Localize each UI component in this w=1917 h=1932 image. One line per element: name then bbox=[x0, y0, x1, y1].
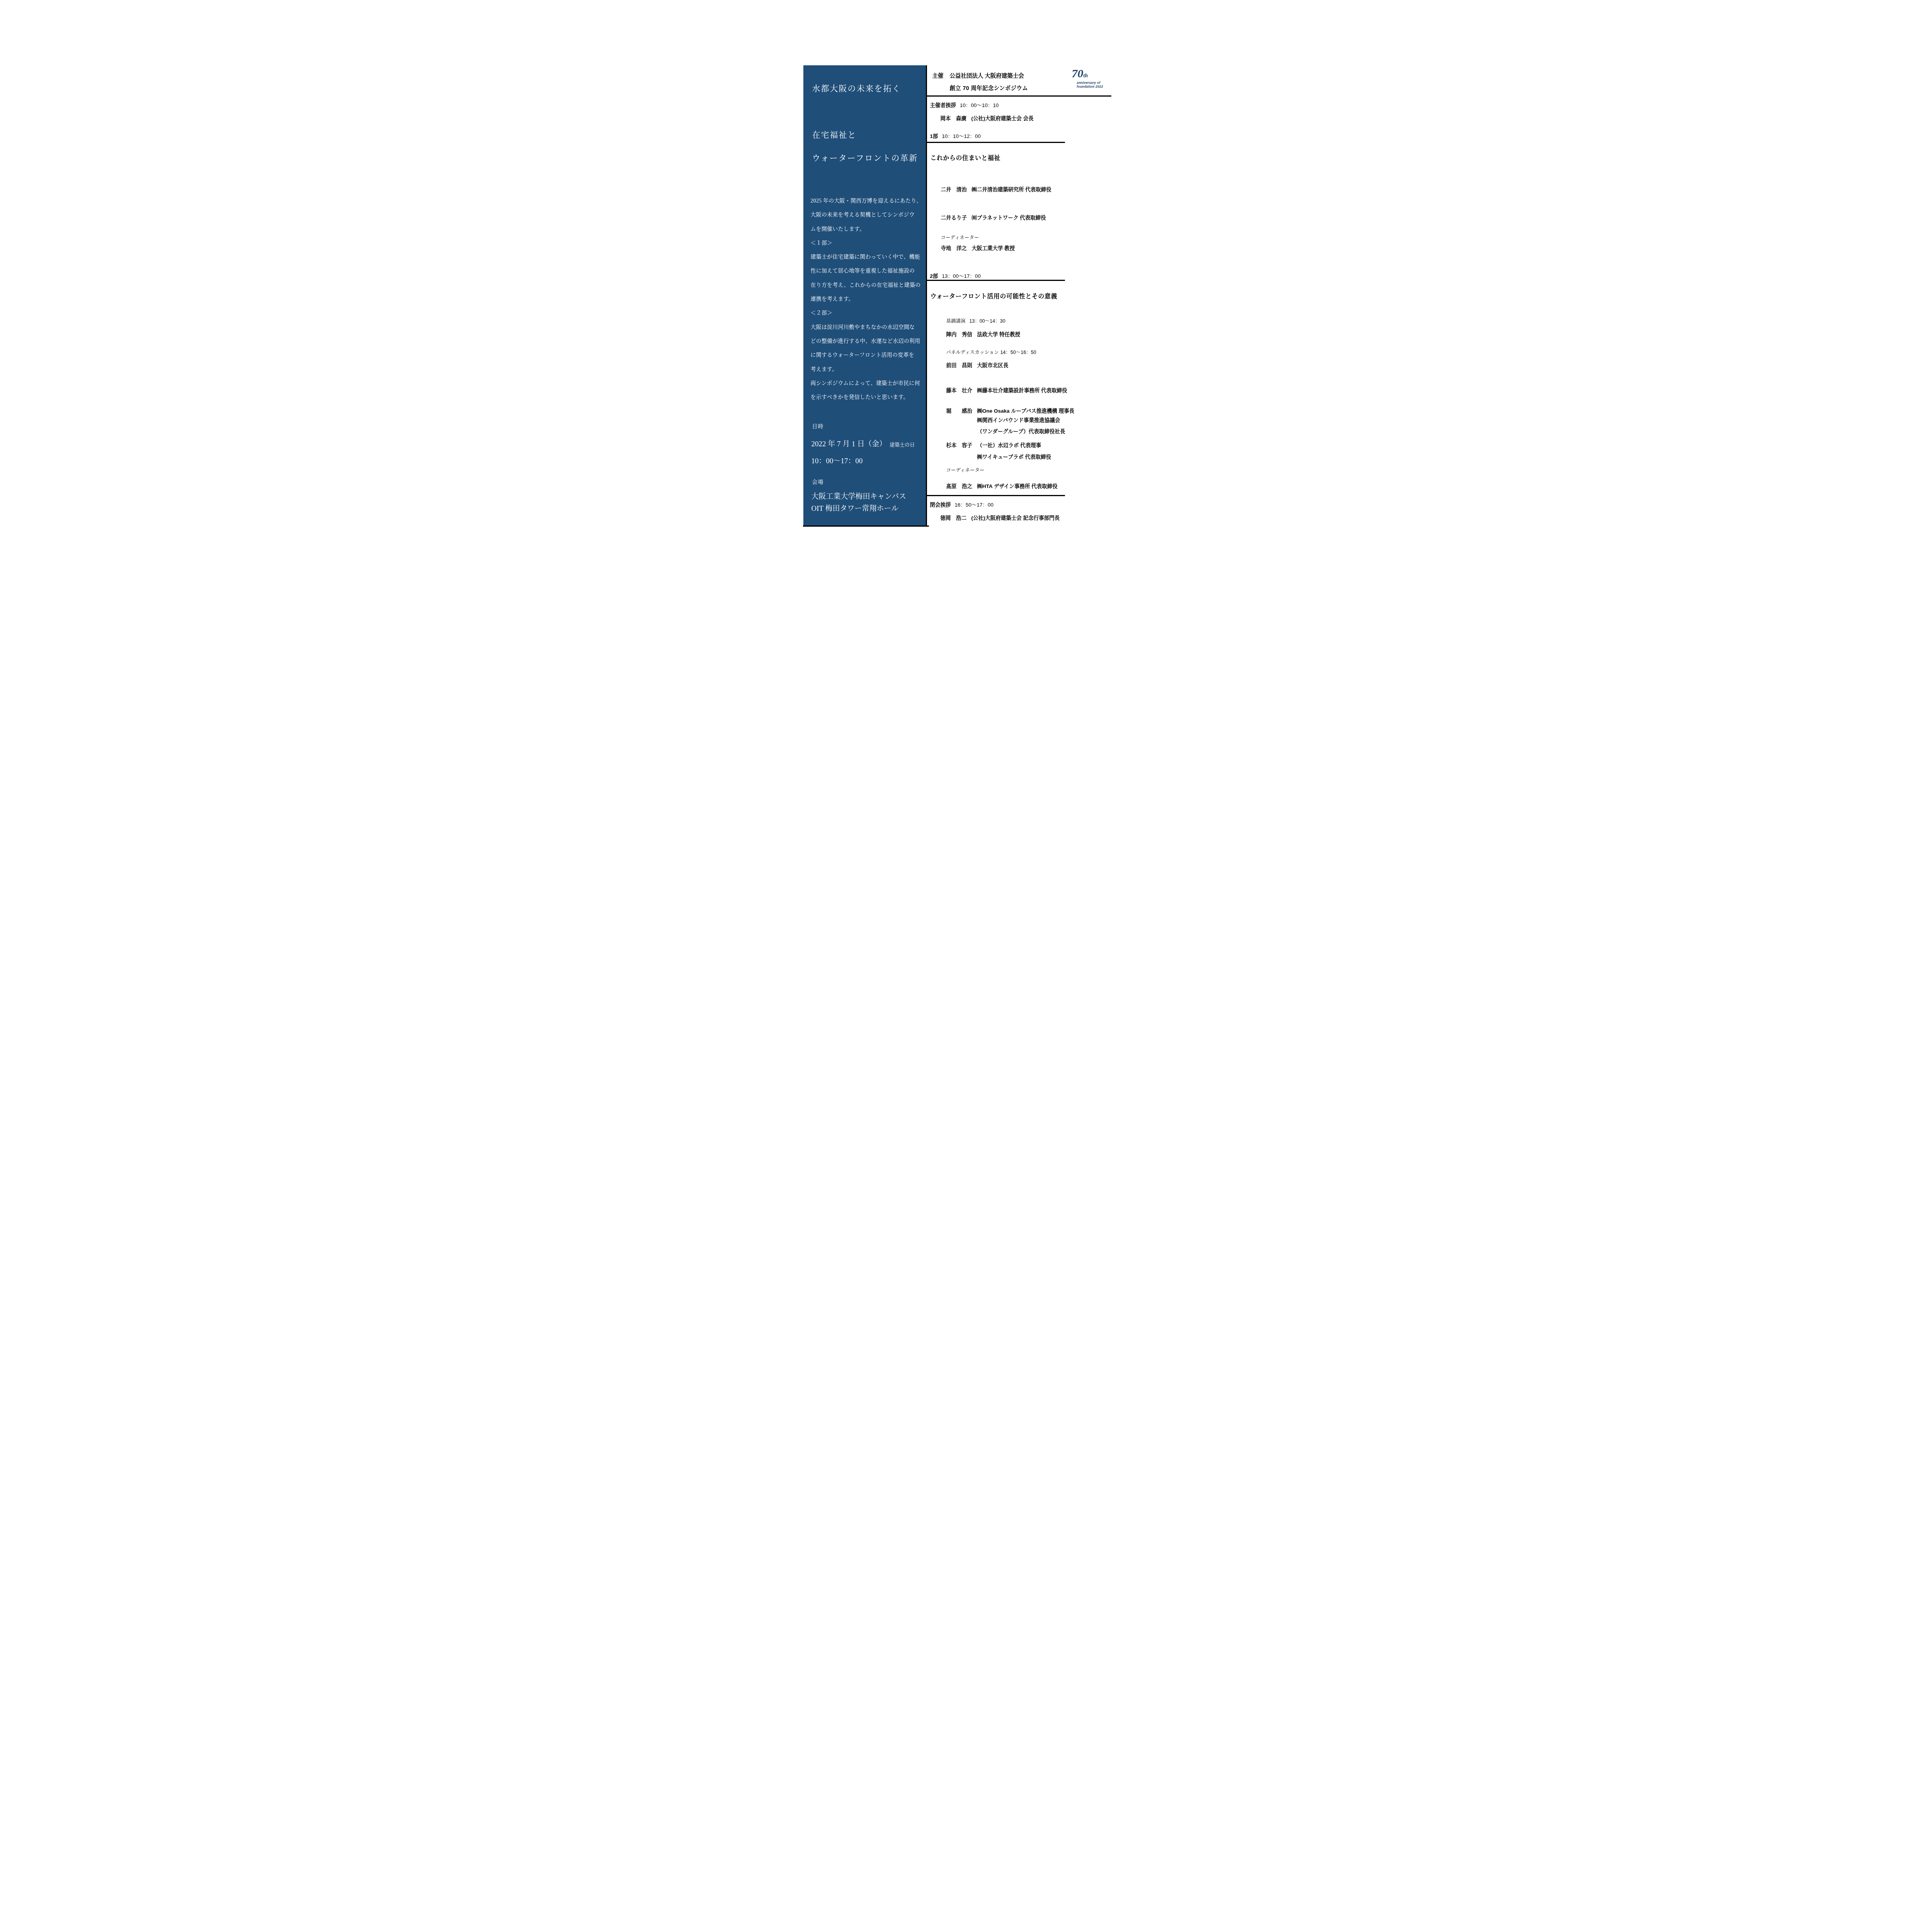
intro-line: 両シンポジウムによって、建築士が市民に何 bbox=[811, 377, 924, 391]
part2-section-row: 2部13：00～17：00 bbox=[930, 272, 981, 279]
closing-section-row: 閉会挨拶16：50～17：00 bbox=[930, 500, 994, 508]
venue-label: 会場 bbox=[812, 478, 824, 486]
vertical-divider bbox=[926, 65, 927, 527]
opening-time: 10：00～10：10 bbox=[960, 102, 999, 108]
coordinator-affiliation: ㈱HTA デザイン事務所 代表取締役 bbox=[977, 483, 1058, 489]
intro-line: 連携を考えます。 bbox=[811, 293, 924, 306]
part1-label: 1部 bbox=[930, 133, 938, 139]
venue-line-2: OIT 梅田タワー常翔ホール bbox=[811, 503, 899, 513]
rule-below-part2-header bbox=[926, 280, 1065, 281]
intro-line: 性に加えて居心地等を重視した福祉施設の bbox=[811, 264, 924, 278]
left-panel: 水都大阪の未来を拓く 在宅福祉と ウォーターフロントの革新 2025 年の大阪・… bbox=[803, 65, 926, 526]
opening-section-row: 主催者挨拶10：00～10：10 bbox=[930, 101, 999, 109]
intro-line: 大阪の未来を考える契機としてシンポジウ bbox=[811, 208, 924, 222]
panelist-affiliations: ㈱One Osaka ループバス推進機構 理事長 ㈱関西インバウンド事業推進協議… bbox=[977, 406, 1075, 435]
panel-time: 14：50～16：50 bbox=[1000, 350, 1036, 355]
intro-line: に関するウォーターフロント活用の変革を bbox=[811, 349, 924, 362]
speaker-name: 二井るり子 bbox=[941, 213, 972, 221]
panelist2-row: 藤本 壮介㈱藤本壮介建築設計事務所 代表取締役 bbox=[946, 386, 1067, 394]
panelist-affiliation: ㈱ワイキューブラボ 代表取締役 bbox=[977, 452, 1051, 460]
intro-line: 在り方を考え、これからの在宅福祉と建築の bbox=[811, 279, 924, 293]
panelist3-row: 堀 感治 ㈱One Osaka ループバス推進機構 理事長 ㈱関西インバウンド事… bbox=[946, 406, 1075, 435]
panelist-affiliation: 大阪市北区長 bbox=[977, 362, 1009, 368]
panel-bottom-border bbox=[803, 526, 929, 527]
intro-line: どの整備が進行する中、水運など水辺の利用 bbox=[811, 335, 924, 349]
flyer-page: 水都大阪の未来を拓く 在宅福祉と ウォーターフロントの革新 2025 年の大阪・… bbox=[746, 0, 1172, 602]
speaker-affiliation: ㈲プラネットワーク 代表取締役 bbox=[972, 215, 1046, 221]
keynote-speaker-row: 陣内 秀信法政大学 特任教授 bbox=[946, 330, 1021, 338]
panelist-affiliation: ㈱藤本壮介建築設計事務所 代表取締役 bbox=[977, 388, 1067, 393]
organizer-name: 公益社団法人 大阪府建築士会 bbox=[950, 73, 1024, 79]
part1-coordinator-label: コーディネーター bbox=[941, 234, 979, 241]
organizer-line: 主催公益社団法人 大阪府建築士会 bbox=[932, 71, 1024, 80]
opening-speaker-row: 岡本 森廣(公社)大阪府建築士会 会長 bbox=[941, 114, 1034, 122]
panelist-affiliation: （ワンダーグループ）代表取締役社長 bbox=[977, 427, 1075, 435]
closing-speaker-row: 徳岡 浩二(公社)大阪府建築士会 記念行事部門長 bbox=[941, 514, 1060, 521]
logo-line-1: anniversary of bbox=[1077, 81, 1112, 85]
part2-coordinator-row: 髙原 浩之㈱HTA デザイン事務所 代表取締役 bbox=[946, 482, 1058, 490]
main-title-line-2: 在宅福祉と bbox=[812, 129, 857, 140]
event-date-main: 2022 年 7 月 1 日（金） bbox=[811, 440, 887, 448]
part1-coordinator-row: 寺地 洋之大阪工業大学 教授 bbox=[941, 244, 1015, 252]
speaker-affiliation: (公社)大阪府建築士会 記念行事部門長 bbox=[971, 515, 1060, 521]
panelist-affiliations: （一社）水辺ラボ 代表理事 ㈱ワイキューブラボ 代表取締役 bbox=[977, 441, 1051, 460]
logo-line-2: foundation 2022 bbox=[1077, 85, 1112, 88]
rule-below-header bbox=[926, 95, 1111, 97]
intro-line: ＜１部＞ bbox=[811, 236, 924, 250]
part2-label: 2部 bbox=[930, 273, 938, 279]
intro-line: ＜２部＞ bbox=[811, 306, 924, 320]
panelist4-row: 杉本 容子 （一社）水辺ラボ 代表理事 ㈱ワイキューブラボ 代表取締役 bbox=[946, 441, 1051, 460]
speaker-affiliation: ㈱二井清治建築研究所 代表取締役 bbox=[972, 187, 1051, 192]
panelist-name: 杉本 容子 bbox=[946, 441, 977, 449]
speaker-name: 岡本 森廣 bbox=[941, 114, 971, 122]
event-date-note: 建築士の日 bbox=[890, 442, 915, 447]
logo-70th: 70th bbox=[1072, 69, 1112, 81]
event-date: 2022 年 7 月 1 日（金）建築士の日 bbox=[811, 438, 915, 449]
keynote-label-row: 基調講演13：00～14：30 bbox=[946, 317, 1005, 324]
coordinator-name: 髙原 浩之 bbox=[946, 482, 977, 490]
panelist-affiliation: （一社）水辺ラボ 代表理事 bbox=[977, 441, 1051, 449]
keynote-label: 基調講演 bbox=[946, 318, 966, 324]
organizer-label: 主催 bbox=[932, 73, 944, 79]
intro-line: 考えます。 bbox=[811, 363, 924, 377]
speaker-affiliation: 法政大学 特任教授 bbox=[977, 332, 1021, 337]
panelist-affiliation: ㈱One Osaka ループバス推進機構 理事長 bbox=[977, 406, 1075, 414]
speaker-affiliation: (公社)大阪府建築士会 会長 bbox=[971, 116, 1034, 121]
closing-time: 16：50～17：00 bbox=[955, 502, 994, 508]
intro-line: を示すべきかを発信したいと思います。 bbox=[811, 391, 924, 405]
main-title-line-1: 水都大阪の未来を拓く bbox=[812, 82, 901, 94]
intro-line: 2025 年の大阪・関西万博を迎えるにあたり、 bbox=[811, 194, 924, 208]
logo-suffix: th bbox=[1084, 73, 1088, 79]
intro-text: 2025 年の大阪・関西万博を迎えるにあたり、 大阪の未来を考える契機としてシン… bbox=[811, 194, 924, 405]
datetime-label: 日時 bbox=[812, 422, 824, 430]
panel-label: パネルディスカッション bbox=[946, 350, 999, 355]
rule-below-part1-header bbox=[926, 142, 1065, 143]
venue-line-1: 大阪工業大学梅田キャンパス bbox=[811, 491, 907, 501]
panelist-name: 堀 感治 bbox=[946, 406, 977, 414]
part1-title: これからの住まいと福祉 bbox=[930, 153, 1001, 162]
keynote-time: 13：00～14：30 bbox=[970, 318, 1005, 324]
opening-label: 主催者挨拶 bbox=[930, 102, 956, 108]
part2-time: 13：00～17：00 bbox=[942, 273, 981, 279]
closing-label: 閉会挨拶 bbox=[930, 502, 951, 508]
panel-label-row: パネルディスカッション14：50～16：50 bbox=[946, 349, 1036, 355]
panelist-name: 藤本 壮介 bbox=[946, 386, 977, 394]
panelist1-row: 前田 昌則大阪市北区長 bbox=[946, 361, 1009, 369]
panelist-affiliation: ㈱関西インバウンド事業推進協議会 bbox=[977, 416, 1075, 423]
part2-coordinator-label: コーディネーター bbox=[946, 466, 985, 473]
speaker-name: 徳岡 浩二 bbox=[941, 514, 971, 521]
coordinator-name: 寺地 洋之 bbox=[941, 244, 972, 252]
logo-number: 70 bbox=[1072, 67, 1084, 80]
intro-line: 大阪は淀川河川敷やまちなかの水辺空間な bbox=[811, 321, 924, 335]
part1-time: 10：10～12：00 bbox=[942, 133, 981, 139]
anniversary-logo: 70th anniversary of foundation 2022 bbox=[1072, 69, 1112, 88]
rule-above-closing bbox=[926, 495, 1065, 496]
event-time: 10：00～17：00 bbox=[811, 455, 863, 466]
main-title-line-3: ウォーターフロントの革新 bbox=[812, 152, 918, 163]
part1-section-row: 1部10：10～12：00 bbox=[930, 132, 981, 139]
part1-speaker2-row: 二井るり子㈲プラネットワーク 代表取締役 bbox=[941, 213, 1046, 221]
intro-line: 建築士が住宅建築に関わっていく中で、機能 bbox=[811, 250, 924, 264]
intro-line: ムを開催いたします。 bbox=[811, 223, 924, 236]
coordinator-affiliation: 大阪工業大学 教授 bbox=[972, 245, 1015, 251]
speaker-name: 陣内 秀信 bbox=[946, 330, 977, 338]
part1-speaker1-row: 二井 清治㈱二井清治建築研究所 代表取締役 bbox=[941, 185, 1051, 193]
panelist-name: 前田 昌則 bbox=[946, 361, 977, 369]
part2-title: ウォーターフロント活用の可能性とその意義 bbox=[930, 291, 1058, 300]
event-title: 創立 70 周年記念シンポジウム bbox=[950, 84, 1028, 92]
speaker-name: 二井 清治 bbox=[941, 185, 972, 193]
